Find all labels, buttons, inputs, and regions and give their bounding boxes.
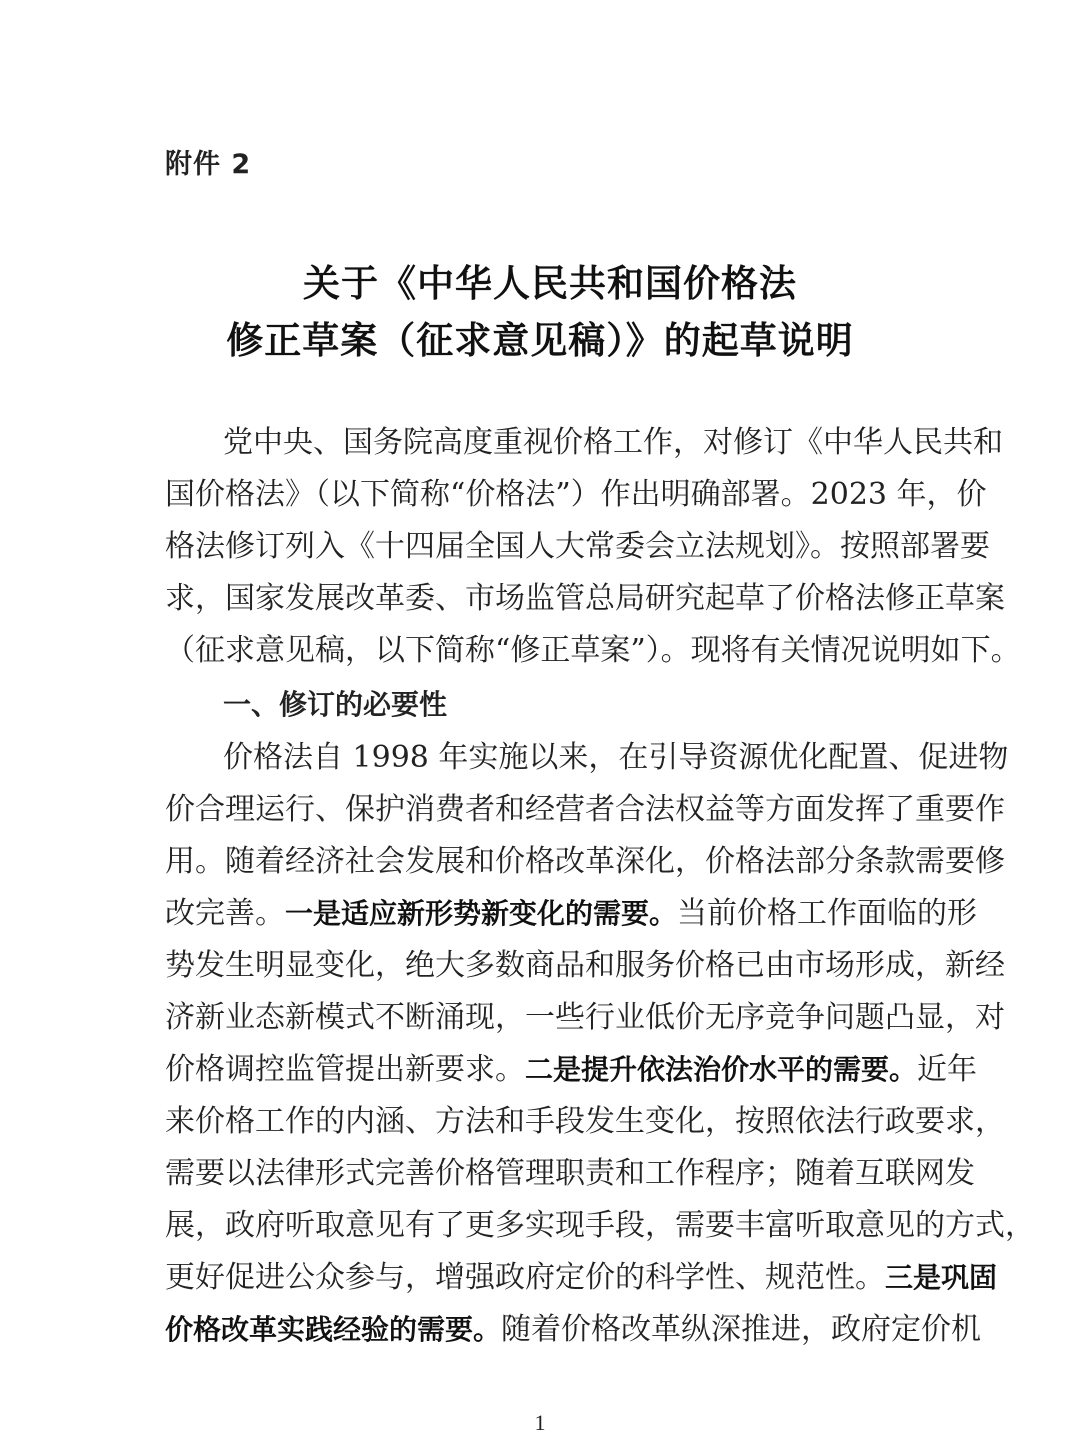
bold-text-segment: 一是适应新形势新变化的需要。 — [285, 897, 677, 930]
bold-text-segment: 二是提升依法治价水平的需要。 — [525, 1053, 917, 1086]
text-segment: （征求意见稿，以下简称“修正草案”）。现将有关情况说明如下。 — [165, 633, 1021, 668]
paragraph-line: 用。随着经济社会发展和价格改革深化，价格法部分条款需要修 — [165, 842, 915, 894]
text-segment: 价格法自 1998 年实施以来，在引导资源优化配置、促进物 — [223, 740, 1008, 775]
page-number: 1 — [0, 1410, 1080, 1436]
paragraph-line: （征求意见稿，以下简称“修正草案”）。现将有关情况说明如下。 — [165, 631, 915, 683]
paragraph-line: 价格调控监管提出新要求。二是提升依法治价水平的需要。近年 — [165, 1050, 915, 1102]
paragraph-line: 势发生明显变化，绝大多数商品和服务价格已由市场形成，新经 — [165, 946, 915, 998]
bold-text-segment: 三是巩固 — [885, 1261, 997, 1294]
paragraph-line: 更好促进公众参与，增强政府定价的科学性、规范性。三是巩固 — [165, 1258, 915, 1310]
text-segment: 来价格工作的内涵、方法和手段发生变化，按照依法行政要求， — [165, 1104, 1005, 1139]
text-segment: 改完善。 — [165, 896, 285, 931]
text-segment: 格法修订列入《十四届全国人大常委会立法规划》。按照部署要 — [165, 529, 990, 564]
paragraph-line: 格法修订列入《十四届全国人大常委会立法规划》。按照部署要 — [165, 527, 915, 579]
text-segment: 势发生明显变化，绝大多数商品和服务价格已由市场形成，新经 — [165, 948, 1005, 983]
paragraph-line: 党中央、国务院高度重视价格工作，对修订《中华人民共和 — [223, 423, 915, 475]
paragraph-line: 价合理运行、保护消费者和经营者合法权益等方面发挥了重要作 — [165, 790, 915, 842]
text-segment: 用。随着经济社会发展和价格改革深化，价格法部分条款需要修 — [165, 844, 1005, 879]
text-segment: 党中央、国务院高度重视价格工作，对修订《中华人民共和 — [223, 425, 1003, 460]
paragraph-line: 改完善。一是适应新形势新变化的需要。当前价格工作面临的形 — [165, 894, 915, 946]
bold-text-segment: 价格改革实践经验的需要。 — [165, 1313, 501, 1346]
document-title-line-2: 修正草案（征求意见稿）》的起草说明 — [0, 310, 1080, 364]
text-segment: 需要以法律形式完善价格管理职责和工作程序；随着互联网发 — [165, 1156, 975, 1191]
text-segment: 随着价格改革纵深推进，政府定价机 — [501, 1312, 981, 1347]
attachment-label: 附件 2 — [165, 142, 251, 181]
paragraph-line: 济新业态新模式不断涌现，一些行业低价无序竞争问题凸显，对 — [165, 998, 915, 1050]
text-segment: 更好促进公众参与，增强政府定价的科学性、规范性。 — [165, 1260, 885, 1295]
paragraph-line: 来价格工作的内涵、方法和手段发生变化，按照依法行政要求， — [165, 1102, 915, 1154]
text-segment: 济新业态新模式不断涌现，一些行业低价无序竞争问题凸显，对 — [165, 1000, 1005, 1035]
paragraph-line: 国价格法》（以下简称“价格法”）作出明确部署。2023 年，价 — [165, 475, 915, 527]
text-segment: 求，国家发展改革委、市场监管总局研究起草了价格法修正草案 — [165, 581, 1005, 616]
paragraph-line: 展，政府听取意见有了更多实现手段，需要丰富听取意见的方式， — [165, 1206, 915, 1258]
text-segment: 展，政府听取意见有了更多实现手段，需要丰富听取意见的方式， — [165, 1208, 1035, 1243]
text-segment: 价格调控监管提出新要求。 — [165, 1052, 525, 1087]
paragraph-line: 需要以法律形式完善价格管理职责和工作程序；随着互联网发 — [165, 1154, 915, 1206]
text-segment: 近年 — [917, 1052, 977, 1087]
text-segment: 当前价格工作面临的形 — [677, 896, 977, 931]
paragraph-line: 价格法自 1998 年实施以来，在引导资源优化配置、促进物 — [223, 738, 915, 790]
section-heading: 一、修订的必要性 — [223, 685, 915, 737]
document-title-line-1: 关于《中华人民共和国价格法 — [10, 253, 1080, 307]
paragraph-line: 求，国家发展改革委、市场监管总局研究起草了价格法修正草案 — [165, 579, 915, 631]
text-segment: 价合理运行、保护消费者和经营者合法权益等方面发挥了重要作 — [165, 792, 1005, 827]
text-segment: 一、修订的必要性 — [223, 688, 447, 721]
text-segment: 国价格法》（以下简称“价格法”）作出明确部署。2023 年，价 — [165, 477, 987, 512]
paragraph-line: 价格改革实践经验的需要。随着价格改革纵深推进，政府定价机 — [165, 1310, 915, 1362]
